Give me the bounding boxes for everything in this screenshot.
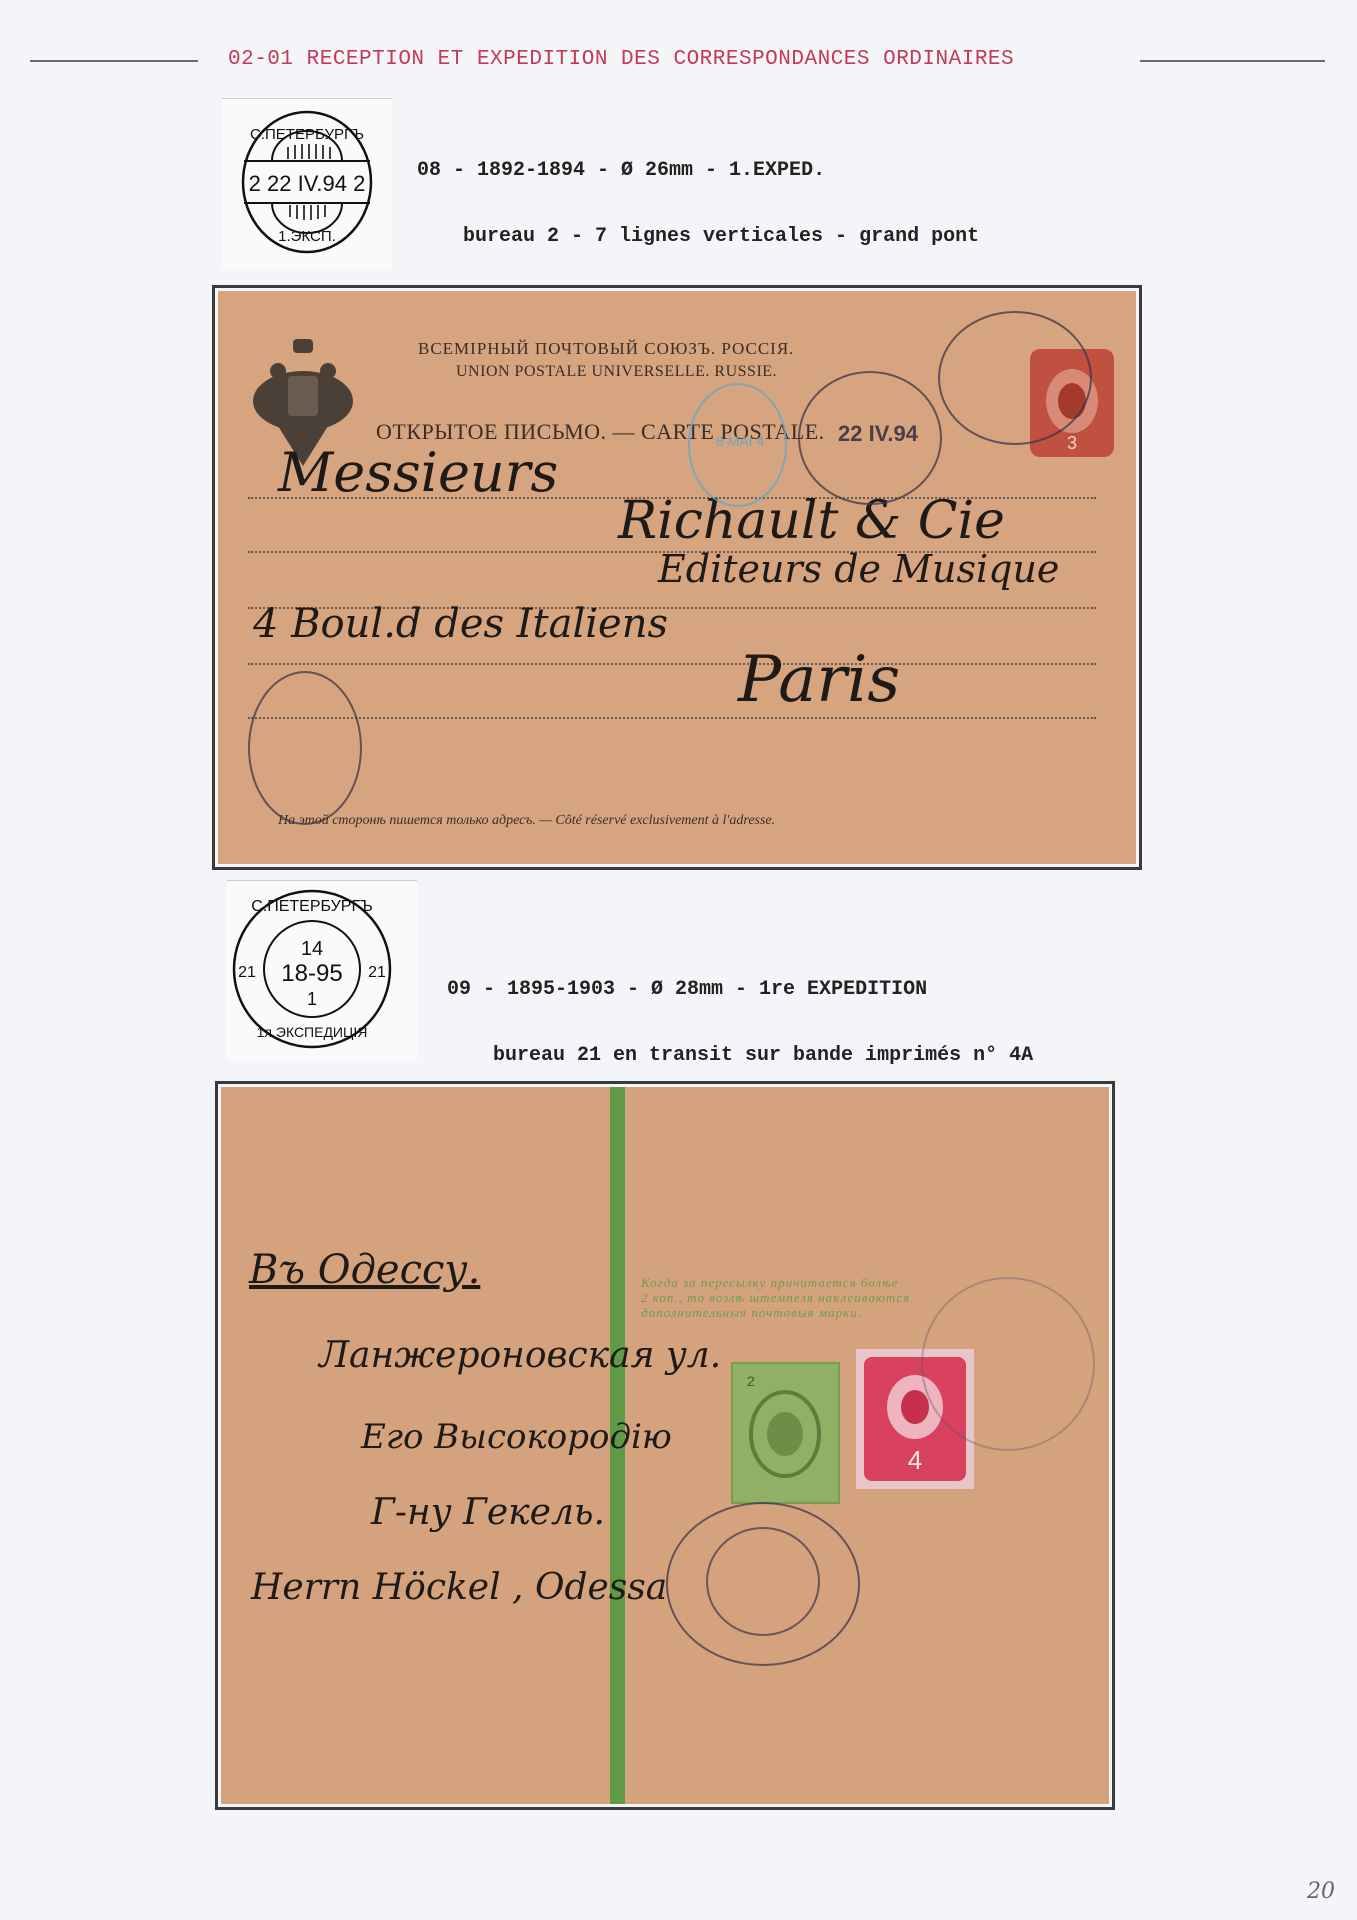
wrapper-address-latin: Herrn Höckel , Odessa: [251, 1567, 667, 1608]
wrapper-address-street: Ланжероновская ул.: [319, 1335, 721, 1376]
address-occupation: Editeurs de Musique: [658, 547, 1059, 591]
address-city: Paris: [738, 643, 900, 717]
postmark-cancel-upper: [938, 311, 1092, 445]
postmark-illustration-08: С.ПЕТЕРБУРГЪ 2 22 IV.94 2 1.ЭКСП.: [222, 98, 392, 269]
address-line-rule: [248, 663, 1096, 665]
svg-text:С.ПЕТЕРБУРГЪ: С.ПЕТЕРБУРГЪ: [250, 126, 364, 143]
entry-09-line: bureau 21 en transit sur bande imprimés …: [447, 1045, 1033, 1067]
postmark-illustration-09: С.ПЕТЕРБУРГЪ 14 18-95 1 21 21 1я ЭКСПЕДИ…: [227, 880, 417, 1061]
arrival-postmark-date: 8 MAI 4: [716, 433, 764, 449]
wrapper-printed-note: Когда за пересылку причитается болѣе 2 к…: [641, 1275, 910, 1320]
entry-08-heading: 08 - 1892-1894 - Ø 26mm - 1.EXPED.: [417, 160, 1027, 182]
address-messieurs: Messieurs: [278, 441, 558, 504]
wrapper-address-name: Г-ну Гекель.: [371, 1492, 605, 1533]
wrapper-postmark-inner: [706, 1527, 820, 1636]
stamp-4-value: 4: [908, 1445, 922, 1475]
svg-text:21: 21: [238, 964, 256, 981]
newspaper-wrapper-09: Когда за пересылку причитается болѣе 2 к…: [215, 1081, 1115, 1810]
stamp-2-value: 2: [747, 1373, 755, 1389]
address-street: 4 Boul.d des Italiens: [253, 601, 668, 647]
svg-text:2 22 IV.94 2: 2 22 IV.94 2: [249, 171, 366, 196]
svg-text:3: 3: [1067, 433, 1077, 453]
svg-text:1.ЭКСП.: 1.ЭКСП.: [278, 228, 336, 245]
wrapper-note-line: 2 коп., то возлѣ штемпеля наклеиваются: [641, 1290, 910, 1305]
card-printed-line2: UNION POSTALE UNIVERSELLE. RUSSIE.: [456, 363, 777, 381]
address-line-rule: [248, 717, 1096, 719]
green-stamp-eagle-icon: 2: [733, 1364, 838, 1502]
entry-08-line: bureau 2 - 7 lignes verticales - grand p…: [417, 226, 1027, 248]
entry-09-heading: 09 - 1895-1903 - Ø 28mm - 1re EXPEDITION: [447, 979, 1033, 1001]
page-number: 20: [1307, 1879, 1335, 1904]
postmark-cancel-date: 22 IV.94: [838, 421, 918, 447]
wrapper-postmark-ghost: [921, 1277, 1095, 1451]
svg-text:21: 21: [368, 964, 386, 981]
wrapper-note-line: дополнительныя почтовыя марки.: [641, 1305, 910, 1320]
stamp-imprint-2kop: 2: [731, 1362, 840, 1504]
header-rule-left: [30, 60, 198, 62]
wrapper-paper: Когда за пересылку причитается болѣе 2 к…: [221, 1087, 1109, 1804]
svg-text:1: 1: [307, 989, 317, 1009]
postal-card-08: ВСЕМIРНЫЙ ПОЧТОВЫЙ СОЮЗЪ. РОССIЯ. UNION …: [212, 285, 1142, 870]
wrapper-address-title: Его Высокородiю: [361, 1417, 672, 1457]
svg-text:14: 14: [301, 938, 323, 960]
wrapper-address-city: Въ Одессу.: [249, 1247, 480, 1293]
card-printed-line1: ВСЕМIРНЫЙ ПОЧТОВЫЙ СОЮЗЪ. РОССIЯ.: [418, 339, 794, 359]
svg-text:С.ПЕТЕРБУРГЪ: С.ПЕТЕРБУРГЪ: [251, 898, 373, 915]
header-rule-right: [1140, 60, 1325, 62]
svg-text:18-95: 18-95: [281, 960, 342, 987]
postmark-08-icon: С.ПЕТЕРБУРГЪ 2 22 IV.94 2 1.ЭКСП.: [222, 99, 392, 269]
card-paper: ВСЕМIРНЫЙ ПОЧТОВЫЙ СОЮЗЪ. РОССIЯ. UNION …: [218, 291, 1136, 864]
wrapper-note-line: Когда за пересылку причитается болѣе: [641, 1275, 910, 1290]
page-title: 02-01 RECEPTION ET EXPEDITION DES CORRES…: [228, 48, 1128, 71]
address-name: Richault & Cie: [618, 491, 1005, 551]
postmark-09-icon: С.ПЕТЕРБУРГЪ 14 18-95 1 21 21 1я ЭКСПЕДИ…: [227, 881, 417, 1061]
svg-text:1я ЭКСПЕДИЦIЯ: 1я ЭКСПЕДИЦIЯ: [257, 1024, 368, 1040]
card-footer-note: На этой сторонѣ пишется только адресъ. —…: [278, 813, 775, 829]
postmark-cancel-lower-left: [248, 671, 362, 825]
